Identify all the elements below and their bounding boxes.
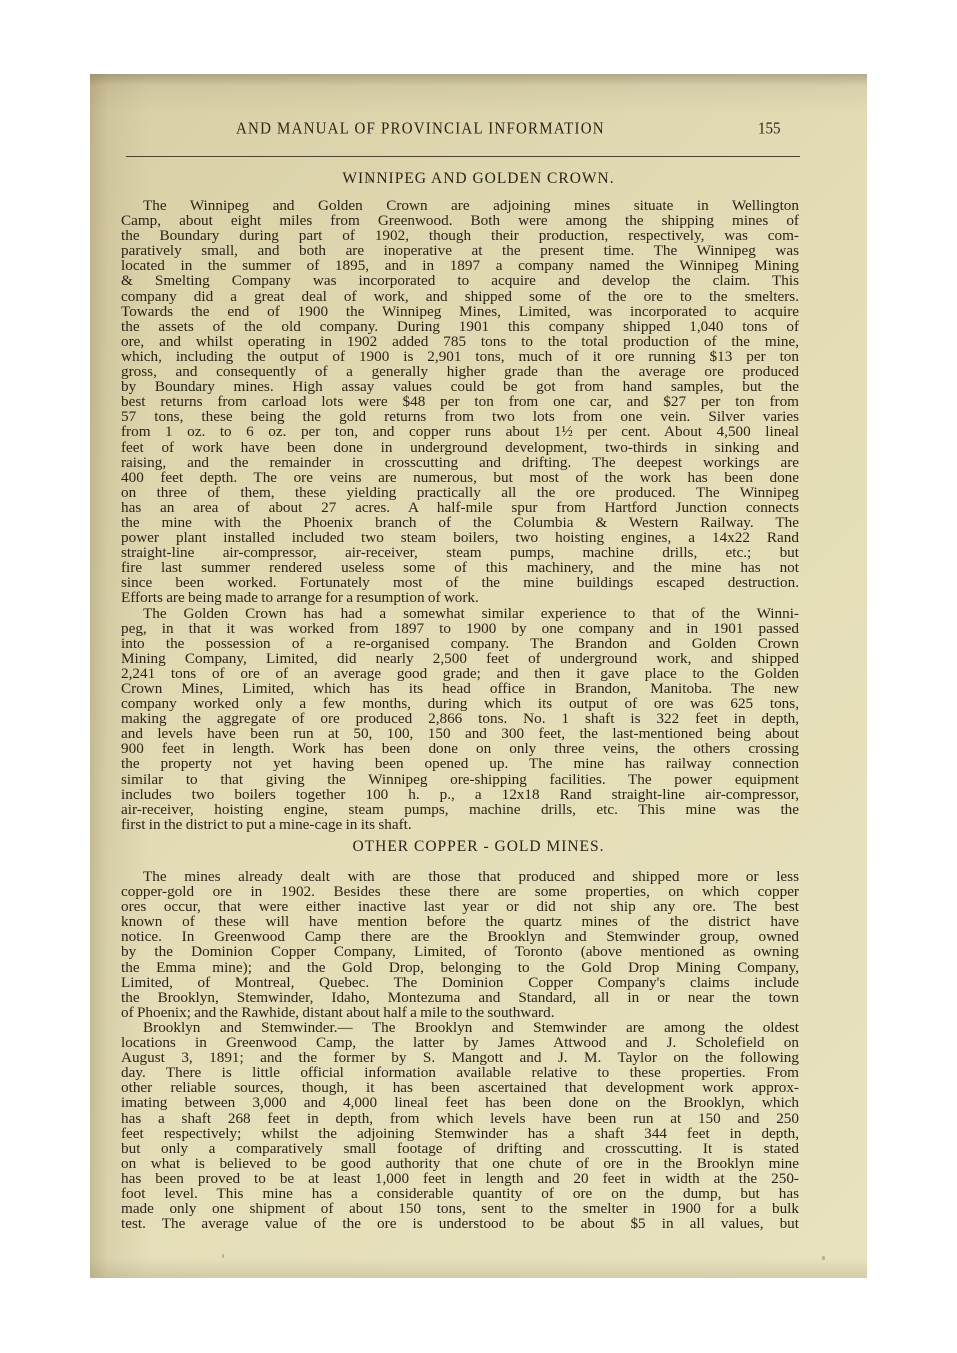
text-line: 57 tons, these being the gold returns fr… [121, 409, 799, 424]
text-line: has a shaft 268 feet in depth, from whic… [121, 1111, 799, 1126]
text-line: ores occur, that were either inactive la… [121, 899, 799, 914]
text-line: known of these will have mention before … [121, 914, 799, 929]
text-line: company worked only a few months, during… [121, 696, 799, 711]
text-line: similar to that giving the Winnipeg ore-… [121, 772, 799, 787]
text-line: by the Dominion Copper Company, Limited,… [121, 944, 799, 959]
text-line: best returns from carload lots were $48 … [121, 394, 799, 409]
text-line: feet of work have been done in undergrou… [121, 440, 799, 455]
text-line: company did a great deal of work, and sh… [121, 289, 799, 304]
text-line: of Phoenix; and the Rawhide, distant abo… [121, 1005, 799, 1020]
section-body-other-copper-gold-mines: The mines already dealt with are those t… [121, 869, 799, 1231]
text-line: the Brooklyn, Stemwinder, Idaho, Montezu… [121, 990, 799, 1005]
text-line: notice. In Greenwood Camp there are the … [121, 929, 799, 944]
text-line: on what is believed to be good authority… [121, 1156, 799, 1171]
text-line: day. There is little official informatio… [121, 1065, 799, 1080]
text-line: straight-line air-compressor, air-receiv… [121, 545, 799, 560]
text-line: The Golden Crown has had a somewhat simi… [121, 606, 799, 621]
text-line: made only one shipment of about 150 tons… [121, 1201, 799, 1216]
section-title-other-copper-gold-mines: OTHER COPPER - GOLD MINES. [90, 838, 867, 856]
text-line: & Smelting Company was incorporated to a… [121, 273, 799, 288]
text-line: the Boundary during part of 1902, though… [121, 228, 799, 243]
text-line: other reliable sources, though, it has b… [121, 1080, 799, 1095]
header-rule [126, 156, 800, 157]
running-head: AND MANUAL OF PROVINCIAL INFORMATION 155 [90, 120, 867, 142]
text-line: feet respectively; whilst the adjoining … [121, 1126, 799, 1141]
text-line: test. The average value of the ore is un… [121, 1216, 799, 1231]
text-line: 2,241 tons of ore of an average good gra… [121, 666, 799, 681]
text-line: peg, in that it was worked from 1897 to … [121, 621, 799, 636]
text-line: power plant installed included two steam… [121, 530, 799, 545]
running-title: AND MANUAL OF PROVINCIAL INFORMATION [236, 120, 605, 139]
paper-speck [368, 177, 371, 183]
text-line: but only a comparatively small footage o… [121, 1141, 799, 1156]
text-line: the assets of the old company. During 19… [121, 319, 799, 334]
text-line: Efforts are being made to arrange for a … [121, 590, 799, 605]
text-line: August 3, 1891; and the former by S. Man… [121, 1050, 799, 1065]
text-line: making the aggregate of ore produced 2,8… [121, 711, 799, 726]
paper-speck [822, 1256, 825, 1260]
text-line: gross, and consequently of a generally h… [121, 364, 799, 379]
text-line: includes two boilers together 100 h. p.,… [121, 787, 799, 802]
text-line: paratively small, and both are inoperati… [121, 243, 799, 258]
paper-speck [222, 1254, 224, 1258]
text-line: located in the summer of 1895, and in 18… [121, 258, 799, 273]
text-line: locations in Greenwood Camp, the latter … [121, 1035, 799, 1050]
text-line: the property not yet having been opened … [121, 756, 799, 771]
text-line: foot level. This mine has a considerable… [121, 1186, 799, 1201]
text-line: The mines already dealt with are those t… [121, 869, 799, 884]
page-number: 155 [758, 120, 781, 139]
text-line: has been proved to be at least 1,000 fee… [121, 1171, 799, 1186]
text-line: copper-gold ore in 1902. Besides these t… [121, 884, 799, 899]
text-line: ore, and whilst operating in 1902 added … [121, 334, 799, 349]
text-line: Crown Mines, Limited, which has its head… [121, 681, 799, 696]
text-line: fire last summer rendered useless some o… [121, 560, 799, 575]
text-line: into the possession of a re-organised co… [121, 636, 799, 651]
text-line: Limited, of Montreal, Quebec. The Domini… [121, 975, 799, 990]
text-line: and levels have been run at 50, 100, 150… [121, 726, 799, 741]
section-title-winnipeg-golden-crown: WINNIPEG AND GOLDEN CROWN. [90, 170, 867, 188]
text-line: on three of them, these yielding practic… [121, 485, 799, 500]
text-line: Brooklyn and Stemwinder.— The Brooklyn a… [121, 1020, 799, 1035]
scanned-book-page: AND MANUAL OF PROVINCIAL INFORMATION 155… [90, 74, 867, 1278]
text-line: imating between 3,000 and 4,000 lineal f… [121, 1095, 799, 1110]
text-line: which, including the output of 1900 is 2… [121, 349, 799, 364]
text-line: air-receiver, hoisting engine, steam pum… [121, 802, 799, 817]
text-line: Mining Company, Limited, did nearly 2,50… [121, 651, 799, 666]
text-line: the mine with the Phoenix branch of the … [121, 515, 799, 530]
text-line: Towards the end of 1900 the Winnipeg Min… [121, 304, 799, 319]
text-line: Camp, about eight miles from Greenwood. … [121, 213, 799, 228]
text-line: since been worked. Fortunately most of t… [121, 575, 799, 590]
text-line: from 1 oz. to 6 oz. per ton, and copper … [121, 424, 799, 439]
text-line: 900 feet in length. Work has been done o… [121, 741, 799, 756]
text-line: raising, and the remainder in crosscutti… [121, 455, 799, 470]
text-line: has an area of about 27 acres. A half-mi… [121, 500, 799, 515]
text-line: 400 feet depth. The ore veins are numero… [121, 470, 799, 485]
text-line: first in the district to put a mine-cage… [121, 817, 799, 832]
section-body-winnipeg-golden-crown: The Winnipeg and Golden Crown are adjoin… [121, 198, 799, 832]
text-line: the Emma mine); and the Gold Drop, belon… [121, 960, 799, 975]
text-line: by Boundary mines. High assay values cou… [121, 379, 799, 394]
text-line: The Winnipeg and Golden Crown are adjoin… [121, 198, 799, 213]
